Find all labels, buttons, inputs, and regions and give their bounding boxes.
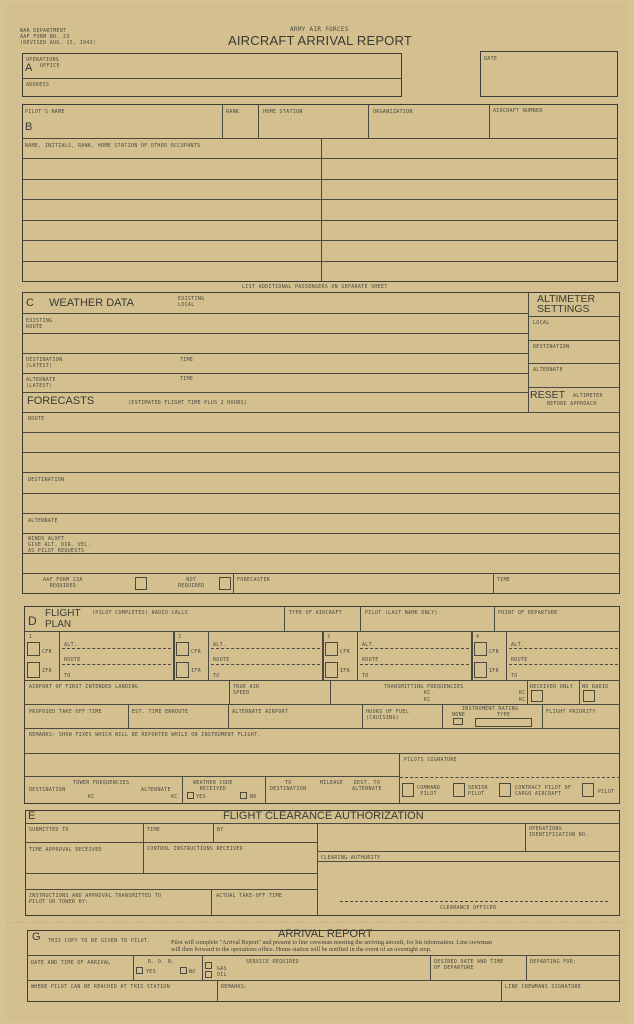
leg-alt-line — [509, 648, 618, 649]
form-23a-required-label: AAF FORM 23A REQUIRED — [43, 577, 83, 589]
divider — [357, 631, 358, 680]
actual-takeoff-field[interactable] — [213, 899, 315, 915]
leg-cfr-checkbox[interactable] — [27, 642, 40, 656]
freq-field-4[interactable] — [435, 697, 517, 703]
divider — [528, 363, 620, 364]
divider — [22, 199, 618, 200]
gas-checkbox[interactable] — [205, 962, 212, 969]
yes-label: YES — [196, 794, 206, 800]
home-station-field[interactable] — [260, 116, 366, 136]
command-pilot-label: COMMAND PILOT — [417, 785, 440, 797]
winds-aloft-field[interactable] — [100, 534, 618, 553]
leg-alt-field[interactable] — [228, 637, 319, 647]
leg-cfr-label: CFR — [191, 649, 201, 655]
divider — [506, 631, 507, 680]
leg-route-label: ROUTE — [511, 657, 528, 663]
divider — [284, 606, 285, 631]
freq-field-1[interactable] — [340, 690, 420, 696]
home-station-label: HOME STATION — [263, 109, 303, 115]
divider — [59, 631, 60, 680]
organization-label: ORGANIZATION — [373, 109, 413, 115]
clearance-signature-line — [340, 901, 608, 902]
weather-code-no-checkbox[interactable] — [240, 792, 247, 799]
control-instructions-label: CONTROL INSTRUCTIONS RECEIVED — [147, 846, 243, 852]
destination-latest-label: DESTINATION (LATEST) — [26, 357, 62, 369]
arrival-instructions-1: Pilot will complete "Arrival Report" and… — [171, 939, 616, 946]
section-g-letter: G — [32, 931, 41, 943]
leg-route-line — [509, 664, 618, 665]
mileage-label: MILEAGE — [320, 780, 343, 786]
point-of-departure-field[interactable] — [496, 617, 618, 630]
forecast-destination-field-2[interactable] — [24, 494, 618, 513]
divider — [330, 680, 331, 704]
organization-field[interactable] — [370, 116, 487, 136]
instructions-transmitted-label: INSTRUCTIONS AND APPROVAL TRANSMITTED TO… — [29, 893, 161, 905]
weather-code-yes-checkbox[interactable] — [187, 792, 194, 799]
type-of-aircraft-label: TYPE OF AIRCRAFT — [289, 610, 342, 616]
forecasts-note: (ESTIMATED FLIGHT TIME PLUS 2 HOURS) — [128, 400, 247, 406]
occupants-label: NAME, INITIALS, RANK, HOME STATION OF OT… — [25, 143, 200, 149]
desired-departure-field[interactable] — [432, 971, 524, 979]
leg-to-label: TO — [213, 673, 220, 679]
pilots-signature-field[interactable] — [402, 763, 618, 776]
divider — [233, 573, 234, 594]
occupant-row[interactable] — [24, 180, 320, 199]
pilot-checkbox[interactable] — [582, 783, 594, 797]
reset-note-1: ALTIMETER — [573, 393, 603, 399]
pilots-name-label: PILOT'S NAME — [25, 109, 65, 115]
operations-blank-field[interactable] — [319, 825, 523, 850]
remarks-field-2[interactable] — [27, 754, 397, 775]
kc-label: KC — [519, 697, 526, 703]
leg-cfr-label: CFR — [489, 649, 499, 655]
where-reached-field[interactable] — [29, 990, 215, 1001]
reset-note-2: BEFORE APPROACH — [547, 401, 597, 407]
leg-ifr-label: IFR — [191, 668, 201, 674]
leg-cfr-label: CFR — [42, 649, 52, 655]
no-label: NO — [250, 794, 257, 800]
instrument-type-field[interactable] — [475, 718, 532, 727]
occupant-row[interactable] — [24, 159, 320, 179]
arrival-remarks-field[interactable] — [219, 990, 499, 1001]
rank-field[interactable] — [224, 116, 256, 136]
additional-passengers-note: LIST ADDITIONAL PASSENGERS ON SEPARATE S… — [242, 284, 388, 290]
altimeter-destination-field[interactable] — [530, 350, 618, 362]
divider — [471, 631, 473, 680]
tower-frequencies-label: TOWER FREQUENCIES — [73, 780, 129, 786]
service-required-label: SERVICE REQUIRED — [246, 959, 299, 965]
aircraft-number-label: AIRCRAFT NUMBER — [493, 108, 543, 114]
leg-route-field[interactable] — [533, 653, 617, 663]
kc-label: KC — [424, 690, 431, 696]
divider — [228, 704, 229, 728]
winds-aloft-label: WINDS ALOFT GIVE ALT. DIR. VEL. AS PILOT… — [28, 536, 91, 554]
leg-alt-field[interactable] — [79, 637, 170, 647]
control-instructions-field[interactable] — [145, 853, 315, 872]
divider — [528, 340, 620, 341]
tower-alternate-field[interactable] — [140, 793, 169, 801]
flight-plan-title-2: PLAN — [45, 619, 71, 630]
leg-alt-line — [211, 648, 320, 649]
weather-data-title: WEATHER DATA — [49, 297, 134, 309]
leg-to-field[interactable] — [523, 667, 617, 679]
contract-pilot-checkbox[interactable] — [499, 783, 511, 797]
divider — [217, 980, 218, 1002]
divider — [24, 728, 620, 729]
divider — [528, 387, 620, 388]
divider — [526, 955, 527, 980]
instructions-transmitted-field[interactable] — [27, 905, 209, 915]
clearance-title: FLIGHT CLEARANCE AUTHORIZATION — [223, 810, 424, 822]
leg-number: 3 — [327, 634, 330, 640]
remarks-field[interactable] — [27, 738, 617, 752]
leg-to-field[interactable] — [76, 667, 170, 679]
dest-to-alternate-label: DEST. TO ALTERNATE — [352, 780, 382, 792]
kc-label: KC — [424, 697, 431, 703]
flight-priority-field[interactable] — [544, 715, 618, 727]
leg-ifr-checkbox[interactable] — [474, 662, 487, 678]
altimeter-local-field[interactable] — [530, 326, 618, 339]
point-of-departure-label: POINT OF DEPARTURE — [498, 610, 558, 616]
divider — [489, 104, 490, 138]
divider — [494, 606, 495, 631]
divider — [208, 631, 209, 680]
divider — [579, 680, 580, 704]
kc-label: KC — [88, 794, 95, 800]
divider — [173, 631, 175, 680]
no-radio-checkbox[interactable] — [583, 690, 595, 702]
leg-to-label: TO — [64, 673, 71, 679]
alternate-latest-label: ALTERNATE (LATEST) — [26, 377, 56, 389]
service-required-field[interactable] — [230, 966, 428, 978]
type-of-aircraft-field[interactable] — [286, 617, 358, 630]
divider — [213, 823, 214, 842]
leg-cfr-checkbox[interactable] — [325, 642, 338, 656]
forecast-route-field[interactable] — [24, 422, 618, 432]
leg-alt-line — [62, 648, 171, 649]
weather-code-label: WEATHER CODE RECEIVED — [193, 780, 233, 792]
divider — [317, 851, 620, 852]
divider — [22, 472, 620, 473]
divider — [527, 680, 528, 704]
divider — [22, 333, 528, 334]
divider — [211, 889, 212, 916]
operations-id-field[interactable] — [527, 839, 618, 850]
date-time-arrival-field[interactable] — [29, 966, 131, 978]
section-c-letter: C — [26, 297, 34, 309]
section-b-letter: B — [25, 121, 32, 133]
divider — [22, 240, 618, 241]
existing-local-field[interactable] — [210, 294, 526, 312]
rank-label: RANK — [226, 109, 239, 115]
leg-route-field[interactable] — [86, 653, 170, 663]
leg-route-label: ROUTE — [362, 657, 379, 663]
pilot-last-name-field[interactable] — [362, 617, 492, 630]
ron-yes-label: YES — [146, 969, 156, 975]
leg-alt-line — [360, 648, 469, 649]
forecast-alternate-field[interactable] — [24, 524, 618, 532]
receiver-only-checkbox[interactable] — [531, 690, 543, 702]
command-pilot-checkbox[interactable] — [402, 783, 414, 797]
leg-number: 1 — [29, 634, 32, 640]
forecast-time-field[interactable] — [495, 583, 618, 593]
divider — [360, 606, 361, 631]
existing-route-field[interactable] — [60, 314, 526, 332]
divider — [202, 955, 203, 980]
first-landing-field[interactable] — [27, 690, 227, 703]
divider — [25, 842, 317, 843]
divider — [25, 889, 317, 890]
forecast-route-field-3[interactable] — [24, 453, 618, 472]
oil-checkbox[interactable] — [205, 971, 212, 978]
leg-cfr-label: CFR — [340, 649, 350, 655]
by-field[interactable] — [215, 833, 315, 841]
winds-aloft-field-2[interactable] — [24, 554, 618, 573]
occupant-row[interactable] — [323, 159, 617, 179]
line-crewman-signature-field[interactable] — [503, 990, 618, 1001]
proposed-takeoff-field[interactable] — [27, 715, 126, 727]
departing-for-field[interactable] — [528, 965, 618, 979]
senior-pilot-checkbox[interactable] — [453, 783, 465, 797]
perforation-line — [6, 922, 628, 923]
divider — [542, 704, 543, 728]
radio-calls-label: (PILOT COMPLETES) RADIO CALLS — [92, 610, 188, 616]
leg-ifr-label: IFR — [42, 668, 52, 674]
contract-pilot-label: CONTRACT PILOT OF CARGO AIRCRAFT — [515, 785, 571, 797]
pilot-label: PILOT — [598, 789, 615, 795]
existing-local-label: EXISTING LOCAL — [178, 296, 204, 308]
alternate-airport-field[interactable] — [230, 715, 360, 727]
divider — [27, 980, 620, 981]
leg-cfr-checkbox[interactable] — [474, 642, 487, 656]
operations-id-label: OPERATIONS IDENTIFICATION NO. — [529, 826, 589, 838]
hours-of-fuel-field[interactable] — [410, 706, 440, 727]
clearing-authority-field[interactable] — [319, 862, 618, 898]
divider — [133, 955, 134, 980]
leg-route-line — [211, 664, 320, 665]
aircraft-number-field[interactable] — [491, 116, 616, 136]
divider — [399, 753, 400, 804]
reset-title: RESET — [530, 389, 565, 401]
forecasts-title: FORECASTS — [27, 395, 94, 407]
flight-plan-title-1: FLIGHT — [45, 608, 81, 619]
senior-pilot-label: SENIOR PILOT — [468, 785, 488, 797]
dept-line-3: (REVISED AUG. 15, 1943) — [20, 40, 96, 46]
leg-route-line — [62, 664, 171, 665]
signature-line — [400, 777, 620, 778]
desired-departure-label: DESIRED DATE AND TIME OF DEPARTURE — [434, 959, 504, 971]
divider — [317, 823, 318, 916]
divider — [362, 704, 363, 728]
leg-ifr-checkbox[interactable] — [325, 662, 338, 678]
occupant-row[interactable] — [323, 139, 617, 158]
divider — [27, 955, 620, 956]
pilot-last-name-label: PILOT (LAST NAME ONLY) — [365, 610, 438, 616]
divider — [24, 680, 620, 681]
leg-ifr-checkbox[interactable] — [176, 662, 189, 678]
forecast-destination-field[interactable] — [24, 483, 618, 492]
date-field[interactable] — [482, 53, 616, 95]
operations-office-field[interactable] — [50, 58, 400, 78]
divider — [322, 631, 324, 680]
leg-alt-field[interactable] — [377, 637, 468, 647]
submitted-to-field[interactable] — [27, 833, 141, 841]
divider — [182, 776, 183, 804]
forecast-route-field-2[interactable] — [24, 433, 618, 452]
leg-to-label: TO — [362, 673, 369, 679]
kc-label: KC — [171, 794, 178, 800]
kc-label: KC — [519, 690, 526, 696]
copy-to-pilot-note: THIS COPY TO BE GIVEN TO PILOT. — [48, 938, 151, 944]
to-destination-label: TO DESTINATION — [270, 780, 306, 792]
divider — [222, 104, 223, 138]
divider — [22, 412, 620, 413]
leg-ifr-label: IFR — [489, 668, 499, 674]
forecaster-field[interactable] — [235, 583, 491, 593]
hours-of-fuel-label: HOURS OF FUEL (CRUISING) — [366, 709, 409, 721]
leg-to-field[interactable] — [374, 667, 468, 679]
leg-route-field[interactable] — [235, 653, 319, 663]
not-required-checkbox[interactable] — [219, 577, 231, 590]
clearance-blank-field[interactable] — [27, 874, 315, 888]
form-title: AIRCRAFT ARRIVAL REPORT — [228, 33, 412, 48]
divider — [22, 392, 528, 393]
divider — [22, 220, 618, 221]
altimeter-title-2: SETTINGS — [537, 304, 590, 314]
leg-route-line — [360, 664, 469, 665]
divider — [258, 104, 259, 138]
divider — [24, 776, 400, 777]
divider — [430, 955, 431, 980]
ron-no-checkbox[interactable] — [180, 967, 187, 974]
address-field[interactable] — [24, 79, 400, 96]
divider — [24, 704, 620, 705]
divider — [22, 573, 620, 574]
altimeter-alternate-field[interactable] — [530, 373, 618, 386]
not-required-label: NOT REQUIRED — [178, 577, 204, 589]
time-approval-field[interactable] — [27, 853, 141, 872]
true-air-speed-label: TRUE AIR SPEED — [233, 684, 259, 696]
section-e-letter: E — [28, 810, 35, 822]
divider — [143, 823, 144, 873]
instrument-none-checkbox[interactable] — [453, 718, 463, 725]
divider — [22, 261, 618, 262]
leg-route-field[interactable] — [384, 653, 468, 663]
divider — [528, 292, 529, 412]
divider — [442, 704, 443, 728]
divider — [528, 316, 620, 317]
divider — [22, 513, 620, 514]
ron-label: R. O. N. — [148, 959, 174, 965]
leg-to-label: TO — [511, 673, 518, 679]
clearance-officer-label: CLEARANCE OFFICER — [440, 905, 496, 911]
ron-yes-checkbox[interactable] — [136, 967, 143, 974]
leg-route-label: ROUTE — [213, 657, 230, 663]
true-air-speed-field[interactable] — [258, 684, 328, 703]
radio-calls-field[interactable] — [92, 617, 282, 630]
freq-field-2[interactable] — [435, 690, 517, 696]
leg-ifr-label: IFR — [340, 668, 350, 674]
pilots-name-field[interactable] — [40, 116, 220, 136]
leg-cfr-checkbox[interactable] — [176, 642, 189, 656]
divider — [265, 776, 266, 804]
section-d-letter: D — [28, 614, 37, 628]
divider — [128, 704, 129, 728]
leg-alt-field[interactable] — [526, 637, 617, 647]
leg-number: 2 — [178, 634, 181, 640]
divider — [501, 980, 502, 1002]
ron-no-label: NO — [189, 969, 196, 975]
est-time-enroute-field[interactable] — [130, 715, 226, 727]
tower-destination-field[interactable] — [60, 793, 86, 801]
form-23a-required-checkbox[interactable] — [135, 577, 147, 590]
mileage-field[interactable] — [310, 787, 350, 801]
freq-field-3[interactable] — [340, 697, 420, 703]
arrival-instructions-2: will then forward to the operations offi… — [171, 946, 616, 953]
destination-latest-field[interactable] — [70, 354, 526, 372]
leg-ifr-checkbox[interactable] — [27, 662, 40, 678]
section-a-letter: A — [25, 62, 32, 74]
clearance-time-field[interactable] — [145, 833, 211, 841]
leg-to-field[interactable] — [225, 667, 319, 679]
oil-label: OIL — [217, 972, 227, 978]
divider — [525, 823, 526, 851]
divider — [229, 680, 230, 704]
divider — [25, 823, 620, 824]
alternate-latest-field[interactable] — [70, 374, 526, 392]
divider — [368, 104, 369, 138]
divider — [493, 573, 494, 594]
leg-route-label: ROUTE — [64, 657, 81, 663]
existing-route-label: EXISTING ROUTE — [26, 318, 52, 330]
leg-number: 4 — [476, 634, 479, 640]
